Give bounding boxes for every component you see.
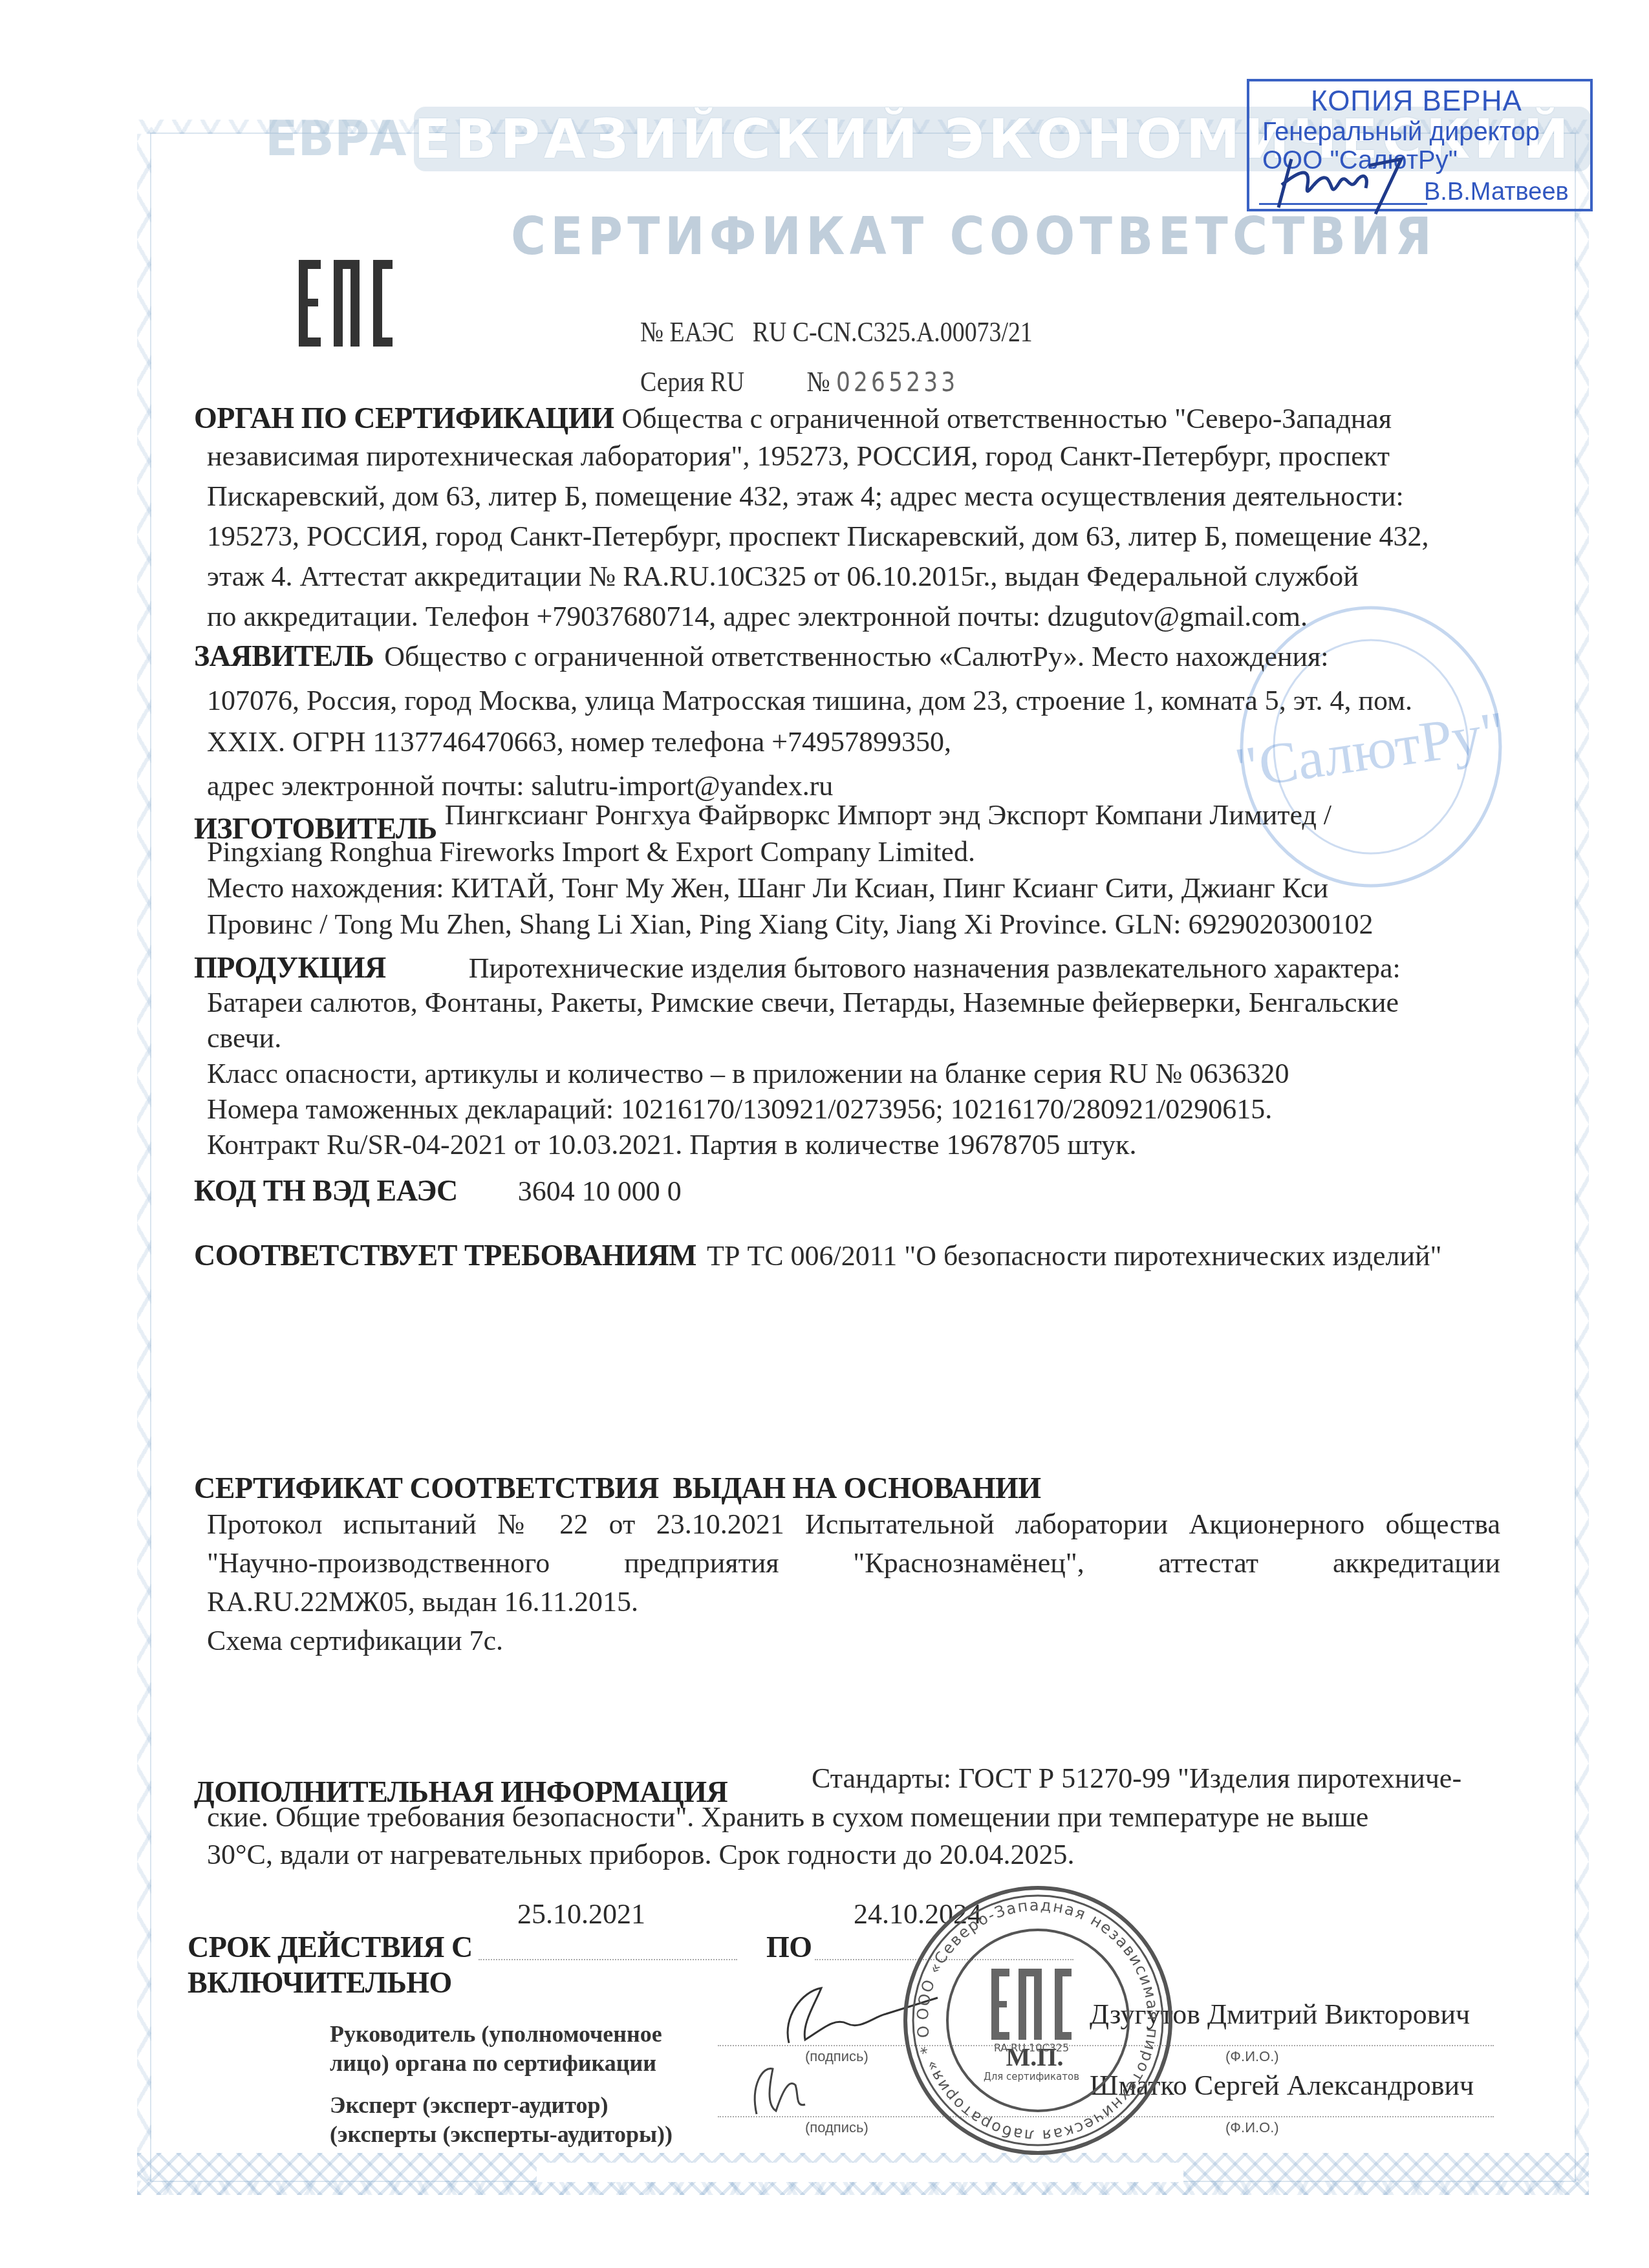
text-line: этаж 4. Аттестат аккредитации № RA.RU.10… [207, 560, 1359, 593]
eac-logo-icon [299, 260, 393, 347]
text-line: Пискаревский, дом 63, литер Б, помещение… [207, 480, 1404, 513]
text-line: Батареи салютов, Фонтаны, Ракеты, Римски… [207, 986, 1399, 1019]
series-label: Серия [640, 366, 704, 398]
series-line: Серия RU № 0265233 [640, 365, 958, 398]
stamp-name: В.В.Матвеев [1424, 178, 1569, 206]
text-line: Место нахождения: КИТАЙ, Тонг Му Жен, Ша… [207, 872, 1328, 904]
text-line: по аккредитации. Телефон +79037680714, а… [207, 600, 1308, 633]
director-signature-icon [1272, 146, 1421, 217]
text-line: XXIX. ОГРН 1137746470663, номер телефона… [207, 725, 951, 758]
series-value: RU [711, 366, 745, 398]
validity-from-label: СРОК ДЕЙСТВИЯ С [188, 1930, 473, 1964]
basis-label: СЕРТИФИКАТ СООТВЕТСТВИЯ ВЫДАН НА ОСНОВАН… [194, 1471, 1041, 1504]
validity-inclusive-label: ВКЛЮЧИТЕЛЬНО [188, 1965, 452, 2000]
name-caption: (Ф.И.О.) [1225, 2048, 1279, 2065]
text-line: 107076, Россия, город Москва, улица Матр… [207, 684, 1412, 717]
head-label-1: Руководитель (уполномоченное [330, 2020, 662, 2048]
text-line: Пиротехнические изделия бытового назначе… [469, 952, 1401, 984]
name-caption: (Ф.И.О.) [1225, 2119, 1279, 2136]
text-line: Контракт Ru/SR-04-2021 от 10.03.2021. Па… [207, 1128, 1136, 1161]
expert-label-2: (эксперты (эксперты-аудиторы)) [330, 2121, 673, 2148]
head-label-2: лицо) органа по сертификации [330, 2049, 656, 2077]
text-line: RA.RU.22МЖ05, выдан 16.11.2015. [207, 1585, 638, 1618]
banner-left-fragment: ЕВРА [265, 110, 407, 168]
text-line: 195273, РОССИЯ, город Санкт-Петербург, п… [207, 520, 1429, 553]
text-line: Протокол испытаний № 22 от 23.10.2021 Ис… [207, 1508, 1500, 1541]
blank-number: 0265233 [836, 368, 958, 398]
blank-number-label: № [806, 366, 830, 398]
text-line: Pingxiang Ronghua Fireworks Import & Exp… [207, 835, 975, 868]
text-line: Номера таможенных деклараций: 10216170/1… [207, 1093, 1272, 1126]
text-line: Класс опасности, артикулы и количество –… [207, 1057, 1289, 1090]
text-line: "Научно-производственного предприятия "К… [207, 1546, 1500, 1579]
text-line: Общество с ограниченной ответственностью… [384, 641, 1328, 672]
text-line: свечи. [207, 1022, 281, 1054]
text-line: Общества с ограниченной ответственностью… [621, 403, 1392, 434]
certification-body-seal-icon: ООО «Северо-Западная независимая пиротех… [896, 1878, 1180, 2163]
text-line: ские. Общие требования безопасности". Хр… [207, 1801, 1368, 1834]
basis-section: СЕРТИФИКАТ СООТВЕТСТВИЯ ВЫДАН НА ОСНОВАН… [194, 1471, 1041, 1505]
text-line: Схема сертификации 7с. [207, 1624, 503, 1657]
text-line: независимая пиротехническая лаборатория"… [207, 440, 1390, 473]
applicant-label: ЗАЯВИТЕЛЬ [194, 639, 374, 672]
products-section: ПРОДУКЦИЯ Пиротехнические изделия бытово… [194, 950, 1401, 985]
text-line: Пингксианг Ронгхуа Файрворкс Импорт энд … [445, 799, 1331, 831]
text-line: Стандарты: ГОСТ Р 51270-99 "Изделия пиро… [812, 1762, 1461, 1795]
certification-body-label: ОРГАН ПО СЕРТИФИКАЦИИ [194, 401, 614, 434]
text-line: Провинс / Tong Mu Zhen, Shang Li Xian, P… [207, 908, 1373, 941]
tn-ved-label: КОД ТН ВЭД ЕАЭС [194, 1174, 458, 1207]
copy-certified-stamp: КОПИЯ ВЕРНА Генеральный директор ООО "Са… [1247, 79, 1593, 211]
tn-ved-code: 3604 10 000 0 [518, 1175, 682, 1207]
applicant-section: ЗАЯВИТЕЛЬ Общество с ограниченной ответс… [194, 639, 1329, 673]
products-label: ПРОДУКЦИЯ [194, 951, 386, 984]
valid-from-date: 25.10.2021 [517, 1898, 645, 1931]
svg-text:Для сертификатов: Для сертификатов [984, 2071, 1079, 2082]
validity-to-label: ПО [766, 1930, 812, 1964]
expert-label-1: Эксперт (эксперт-аудитор) [330, 2091, 609, 2119]
date-underline [479, 1959, 737, 1960]
certification-body-section: ОРГАН ПО СЕРТИФИКАЦИИ Общества с огранич… [194, 401, 1392, 435]
complies-value: ТР ТС 006/2011 "О безопасности пиротехни… [707, 1240, 1442, 1272]
certificate-number-line: № ЕАЭС RU C-CN.С325.А.00073/21 [640, 316, 1033, 348]
stamp-line-1: КОПИЯ ВЕРНА [1311, 85, 1522, 118]
text-line: 30°С, вдали от нагревательных приборов. … [207, 1838, 1075, 1871]
cert-number: RU C-CN.С325.А.00073/21 [753, 316, 1033, 348]
complies-section: СООТВЕТСТВУЕТ ТРЕБОВАНИЯМ ТР ТС 006/2011… [194, 1238, 1442, 1272]
tn-ved-section: КОД ТН ВЭД ЕАЭС 3604 10 000 0 [194, 1173, 682, 1208]
text-line: адрес электронной почты: salutru-import@… [207, 769, 833, 802]
stamp-line-2: Генеральный директор [1262, 118, 1540, 147]
complies-label: СООТВЕТСТВУЕТ ТРЕБОВАНИЯМ [194, 1239, 696, 1272]
certificate-title: СЕРТИФИКАТ СООТВЕТСТВИЯ [511, 206, 1195, 267]
svg-text:RA.RU.10С325: RA.RU.10С325 [994, 2042, 1069, 2054]
expert-signature-icon [744, 2059, 821, 2117]
bottom-band-gap [537, 2163, 1183, 2182]
signature-caption: (подпись) [805, 2119, 868, 2136]
cert-number-label: № ЕАЭС [640, 316, 734, 348]
